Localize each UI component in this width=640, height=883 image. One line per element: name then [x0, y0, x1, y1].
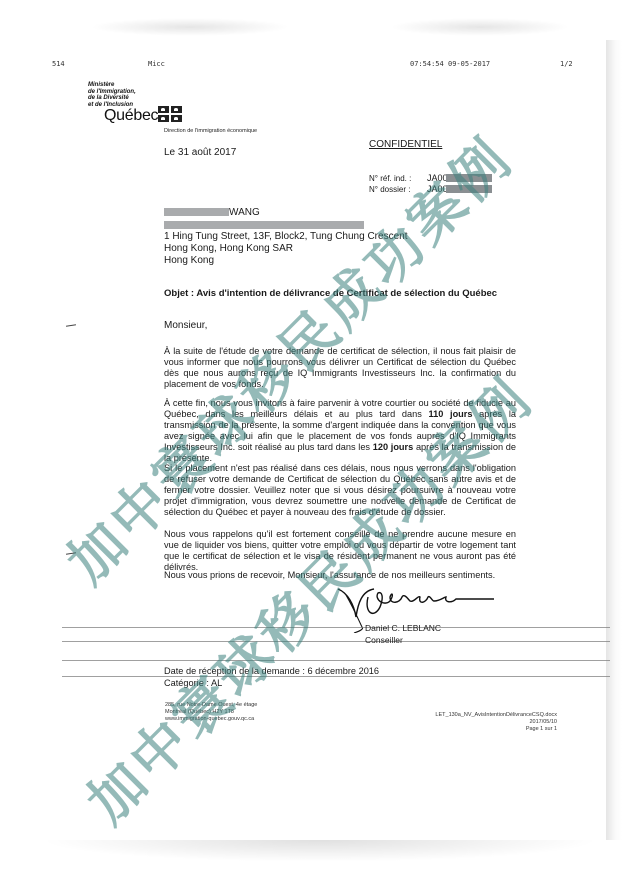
reference-value: JA00 — [427, 184, 448, 195]
footer-document-info: LET_130a_NV_AvisIntentionDélivranceCSQ.d… — [400, 712, 557, 733]
redaction-bar — [446, 185, 492, 193]
letter-date: Le 31 août 2017 — [164, 147, 236, 158]
paragraph: Nous vous rappelons qu'il est fortement … — [164, 529, 516, 573]
signer-block: Daniel C. LEBLANC Conseiller — [365, 622, 441, 646]
deadline-120-days: 120 jours — [373, 442, 414, 452]
recipient-block: WANG 1 Hing Tung Street, 13F, Block2, Tu… — [164, 207, 407, 267]
punch-mark — [66, 552, 76, 554]
address-line: Hong Kong — [164, 255, 407, 267]
footer-website: www.immigration-quebec.gouv.qc.ca — [165, 716, 257, 723]
scan-shadow — [390, 18, 570, 36]
footer-address: 285, rue Notre-Dame Ouest, 4e étage Mont… — [165, 702, 257, 723]
reference-value: JA00 — [427, 173, 448, 184]
fax-date: 09-05-2017 — [448, 60, 490, 68]
signer-title: Conseiller — [365, 634, 441, 646]
paragraph: Si le placement n'est pas réalisé dans c… — [164, 463, 516, 518]
application-meta: Date de réception de la demande : 6 déce… — [164, 665, 379, 689]
reference-label: N° réf. ind. : — [369, 173, 429, 184]
deadline-110-days: 110 jours — [429, 409, 473, 419]
fax-id: 514 — [52, 60, 65, 68]
quebec-flag-icon — [158, 106, 182, 122]
fax-sender: Micc — [148, 60, 165, 68]
fax-page: 1/2 — [560, 60, 573, 68]
reference-label: N° dossier : — [369, 184, 429, 195]
footer-filename: LET_130a_NV_AvisIntentionDélivranceCSQ.d… — [400, 712, 557, 719]
recipient-name: WANG — [164, 207, 407, 219]
page-bottom-shadow — [40, 840, 600, 862]
fax-time: 07:54:54 — [410, 60, 444, 68]
direction-name: Direction de l'immigration économique — [164, 128, 257, 134]
punch-mark — [66, 324, 76, 326]
signer-name: Daniel C. LEBLANC — [365, 622, 441, 634]
footer-doc-date: 2017/05/10 — [400, 719, 557, 726]
confidential-label: CONFIDENTIEL — [369, 139, 442, 150]
closing: Nous vous prions de recevoir, Monsieur, … — [164, 570, 495, 580]
scan-line — [62, 627, 610, 628]
scan-shadow — [90, 18, 290, 36]
redaction-bar — [446, 174, 492, 182]
paragraph: À cette fin, nous vous invitons à faire … — [164, 398, 516, 464]
category: Catégorie : AL — [164, 677, 379, 689]
address-line: Hong Kong, Hong Kong SAR — [164, 243, 407, 255]
footer-line: 285, rue Notre-Dame Ouest, 4e étage — [165, 702, 257, 709]
footer-page-number: Page 1 sur 1 — [400, 726, 557, 733]
salutation: Monsieur, — [164, 320, 207, 331]
page-edge-shadow — [606, 40, 622, 840]
quebec-logo-text: Québec — [104, 107, 158, 125]
reception-date: Date de réception de la demande : 6 déce… — [164, 665, 379, 677]
scan-line — [62, 660, 610, 661]
redaction-bar — [164, 208, 229, 216]
paragraph: À la suite de l'étude de votre demande d… — [164, 346, 516, 390]
scan-line — [62, 641, 610, 642]
footer-line: Montréal (Québec) H2Y 1T8 — [165, 709, 257, 716]
recipient-surname: WANG — [229, 207, 260, 218]
ministry-name: Ministère de l'Immigration, de la Divers… — [88, 82, 136, 108]
ministry-line: de la Diversité — [88, 95, 136, 102]
address-line: 1 Hing Tung Street, 13F, Block2, Tung Ch… — [164, 231, 407, 243]
redaction-bar — [164, 221, 364, 229]
letter-subject: Objet : Avis d'intention de délivrance d… — [164, 288, 497, 299]
